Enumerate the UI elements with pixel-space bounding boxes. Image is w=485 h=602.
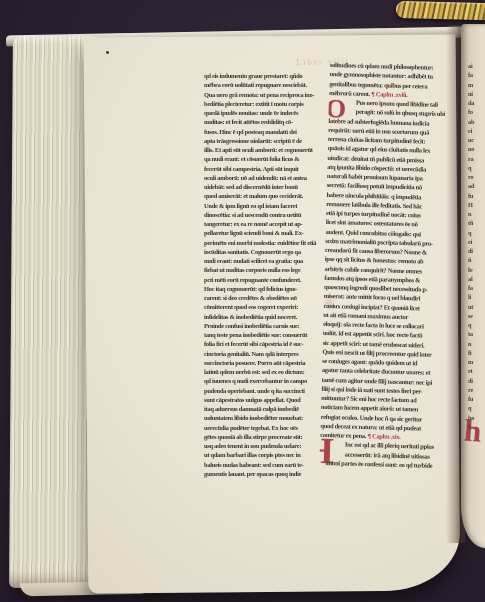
text-line: fa — [468, 284, 485, 293]
text-line: ta — [468, 330, 485, 339]
text-line: fiebat ut nuditas corporis nulla eos leg… — [204, 266, 326, 275]
text-line: tanq teste pena inobediētie sue: consuer… — [204, 331, 326, 340]
facing-recto-page-sliver: aifamnidafoabeiucnoraqroadfuHntñqeidiñfe… — [461, 24, 485, 548]
text-line: pudenda operiebant. unde q ita succincti — [204, 387, 326, 396]
text-line: cōmitterent quod eos cogeret experiri: — [204, 303, 326, 312]
text-line: n — [468, 340, 485, 349]
text-line: ei — [468, 127, 485, 136]
chapter-rubric: ¶ Caplm .xix. — [367, 433, 400, 441]
text-line: Proinde confusi inobediētia carnis sue: — [204, 322, 326, 331]
text-line: ut — [468, 303, 485, 312]
text-line: tangeretur: ex ea re nomē accepit ut ap- — [204, 220, 326, 229]
text-line: sunt cāpestratos uulgus appellat. Quod — [204, 396, 326, 405]
text-line: ut qdam barbari illas corpis ptes nec in — [204, 451, 326, 460]
gold-headband — [396, 1, 485, 20]
text-line: di — [468, 377, 485, 386]
text-line: m — [468, 358, 485, 367]
text-line: fc — [468, 423, 485, 432]
text-line: Qua uero grã remota: ut pena reciproca i… — [204, 91, 326, 100]
text-line: Hoc itaq cognouerūt: qd felicius igno- — [204, 285, 326, 294]
text-line: q — [468, 404, 485, 413]
text-line: pellaretur lignū sciendi boni & mali. Ex… — [204, 229, 326, 238]
text-line: Unde & ipm lignū eo qd istam faceret — [204, 202, 326, 211]
text-line: fi — [468, 349, 485, 358]
text-line: ro — [468, 173, 485, 182]
text-line: tñ — [468, 219, 485, 228]
text-line: folia fici et fecerūt sibi cāpestria id … — [204, 340, 326, 349]
text-line: n — [468, 210, 485, 219]
text-line: qa nudi erant: et cōsuerūt folia ficus & — [204, 155, 326, 164]
text-line: uerecūdia pudēter tegebat. Ex hoc oēs — [204, 424, 326, 433]
text-line: qd iuuenes q nudi exercebantur in campo — [204, 377, 326, 386]
text-line: gētes quoniā ab illa stirpe procreate sū… — [204, 433, 326, 442]
text-line: fe — [468, 266, 485, 275]
text-line: di — [468, 247, 485, 256]
text-line: pcti mēti eorū repugnante confunderet. — [204, 276, 326, 285]
text-line: oculi amborū: nō ad uidendū: nā et antea — [204, 174, 326, 183]
text-line: uidebāt: sed ad discernēdū inter bonū — [204, 183, 326, 192]
text-line: iocūditas sanitatis. Cognouerūt ergo qa — [204, 248, 326, 257]
text-line: nudi erant: nudati scilicet ea gratia: q… — [204, 257, 326, 266]
text-line: fecerūt sibi campestria. Apti sūt inquit — [204, 165, 326, 174]
text-line: da — [468, 99, 485, 108]
text-line: succinctoria posuere. Porro aūt cāpestri… — [204, 359, 326, 368]
text-line: q — [468, 229, 485, 238]
text-line: ho — [468, 414, 485, 423]
text-line: se — [468, 312, 485, 321]
text-line: ra — [468, 155, 485, 164]
text-line: ai — [468, 62, 485, 71]
text-line: no — [468, 145, 485, 154]
text-line: illis. Et apti sūt oculi amborū: et cogn… — [204, 146, 326, 155]
text-line: usq adeo tenent in usu pudenda uelare: — [204, 442, 326, 451]
chapter-rubric: ¶ Caplm .xviii. — [371, 91, 407, 99]
facing-page-text-fragments: aifamnidafoabeiucnoraqroadfuHntñqeidiñfe… — [468, 62, 485, 432]
text-line: ni — [468, 90, 485, 99]
text-line: quod amiserāt: et malum quo ceciderāt. — [204, 192, 326, 201]
text-line: ab — [468, 118, 485, 127]
ink-speck — [106, 51, 109, 54]
text-line: dinoscētia: si ad uescendū contra uetitū — [204, 211, 326, 220]
text-line: nuditas: et fecit attētos reddiditq cō- — [204, 118, 326, 127]
text-line: balneis nudas habeant: sed cum earū te- — [204, 461, 326, 470]
text-line: mēbra eorū uolūtati repugnare nesciebāt. — [204, 81, 326, 90]
text-line: latinū qdem uerbū est: sed ex eo dictum: — [204, 368, 326, 377]
text-line: q — [468, 321, 485, 330]
text-line: et — [468, 367, 485, 376]
text-line: cinctoria genitaliū. Nam qdā interpres — [204, 350, 326, 359]
text-line: quedā ipudēs nouitas: unde ēe indecēs — [204, 109, 326, 118]
right-text-column-wrap: O H solitudines cū qdam nudi philosophen… — [319, 61, 459, 494]
text-line: fu — [468, 192, 485, 201]
left-text-column: qd eis indumento graue prestaret: qñdomē… — [204, 72, 326, 479]
text-line: rarent: si deo credētes & obediētes nō — [204, 294, 326, 303]
text-line: fa — [468, 71, 485, 80]
text-line: m — [468, 81, 485, 90]
text-line: ad — [468, 182, 485, 191]
text-line: fo — [468, 108, 485, 117]
photo-open-incunabulum: Liber xiiii qd eis indumento graue prest… — [0, 0, 485, 602]
text-line: ei — [468, 238, 485, 247]
text-line: fusos. Hinc ē qd posteaq mandatū dei — [204, 128, 326, 137]
text-line: q — [468, 164, 485, 173]
text-line: uoluntatem libido inobediēter mouebat: — [204, 414, 326, 423]
text-line: re — [468, 386, 485, 395]
text-line: gumentis lauant. per opacas quoq indie — [204, 470, 326, 479]
text-line: al — [468, 275, 485, 284]
text-line: qd eis indumento graue prestaret: qñdo — [204, 72, 326, 81]
text-line: fu — [468, 395, 485, 404]
text-line: perimēto eni morbi molestia: euidētior f… — [204, 239, 326, 248]
text-line: H — [468, 201, 485, 210]
text-line: infidelitas & inobediētia quid noceret. — [204, 313, 326, 322]
text-line: apta trāsgressione uiolarūt: scriptū ē d… — [204, 137, 326, 146]
text-line: uc — [468, 136, 485, 145]
text-line: ñ — [468, 256, 485, 265]
text-line: bediētia plecteretur: extitit ī motu cor… — [204, 100, 326, 109]
text-line: itaq aduersus damnatā culpā inobediē — [204, 405, 326, 414]
text-line: li — [468, 293, 485, 302]
right-text-column: solitudines cū qdam nudi philosophentur:… — [319, 61, 459, 471]
